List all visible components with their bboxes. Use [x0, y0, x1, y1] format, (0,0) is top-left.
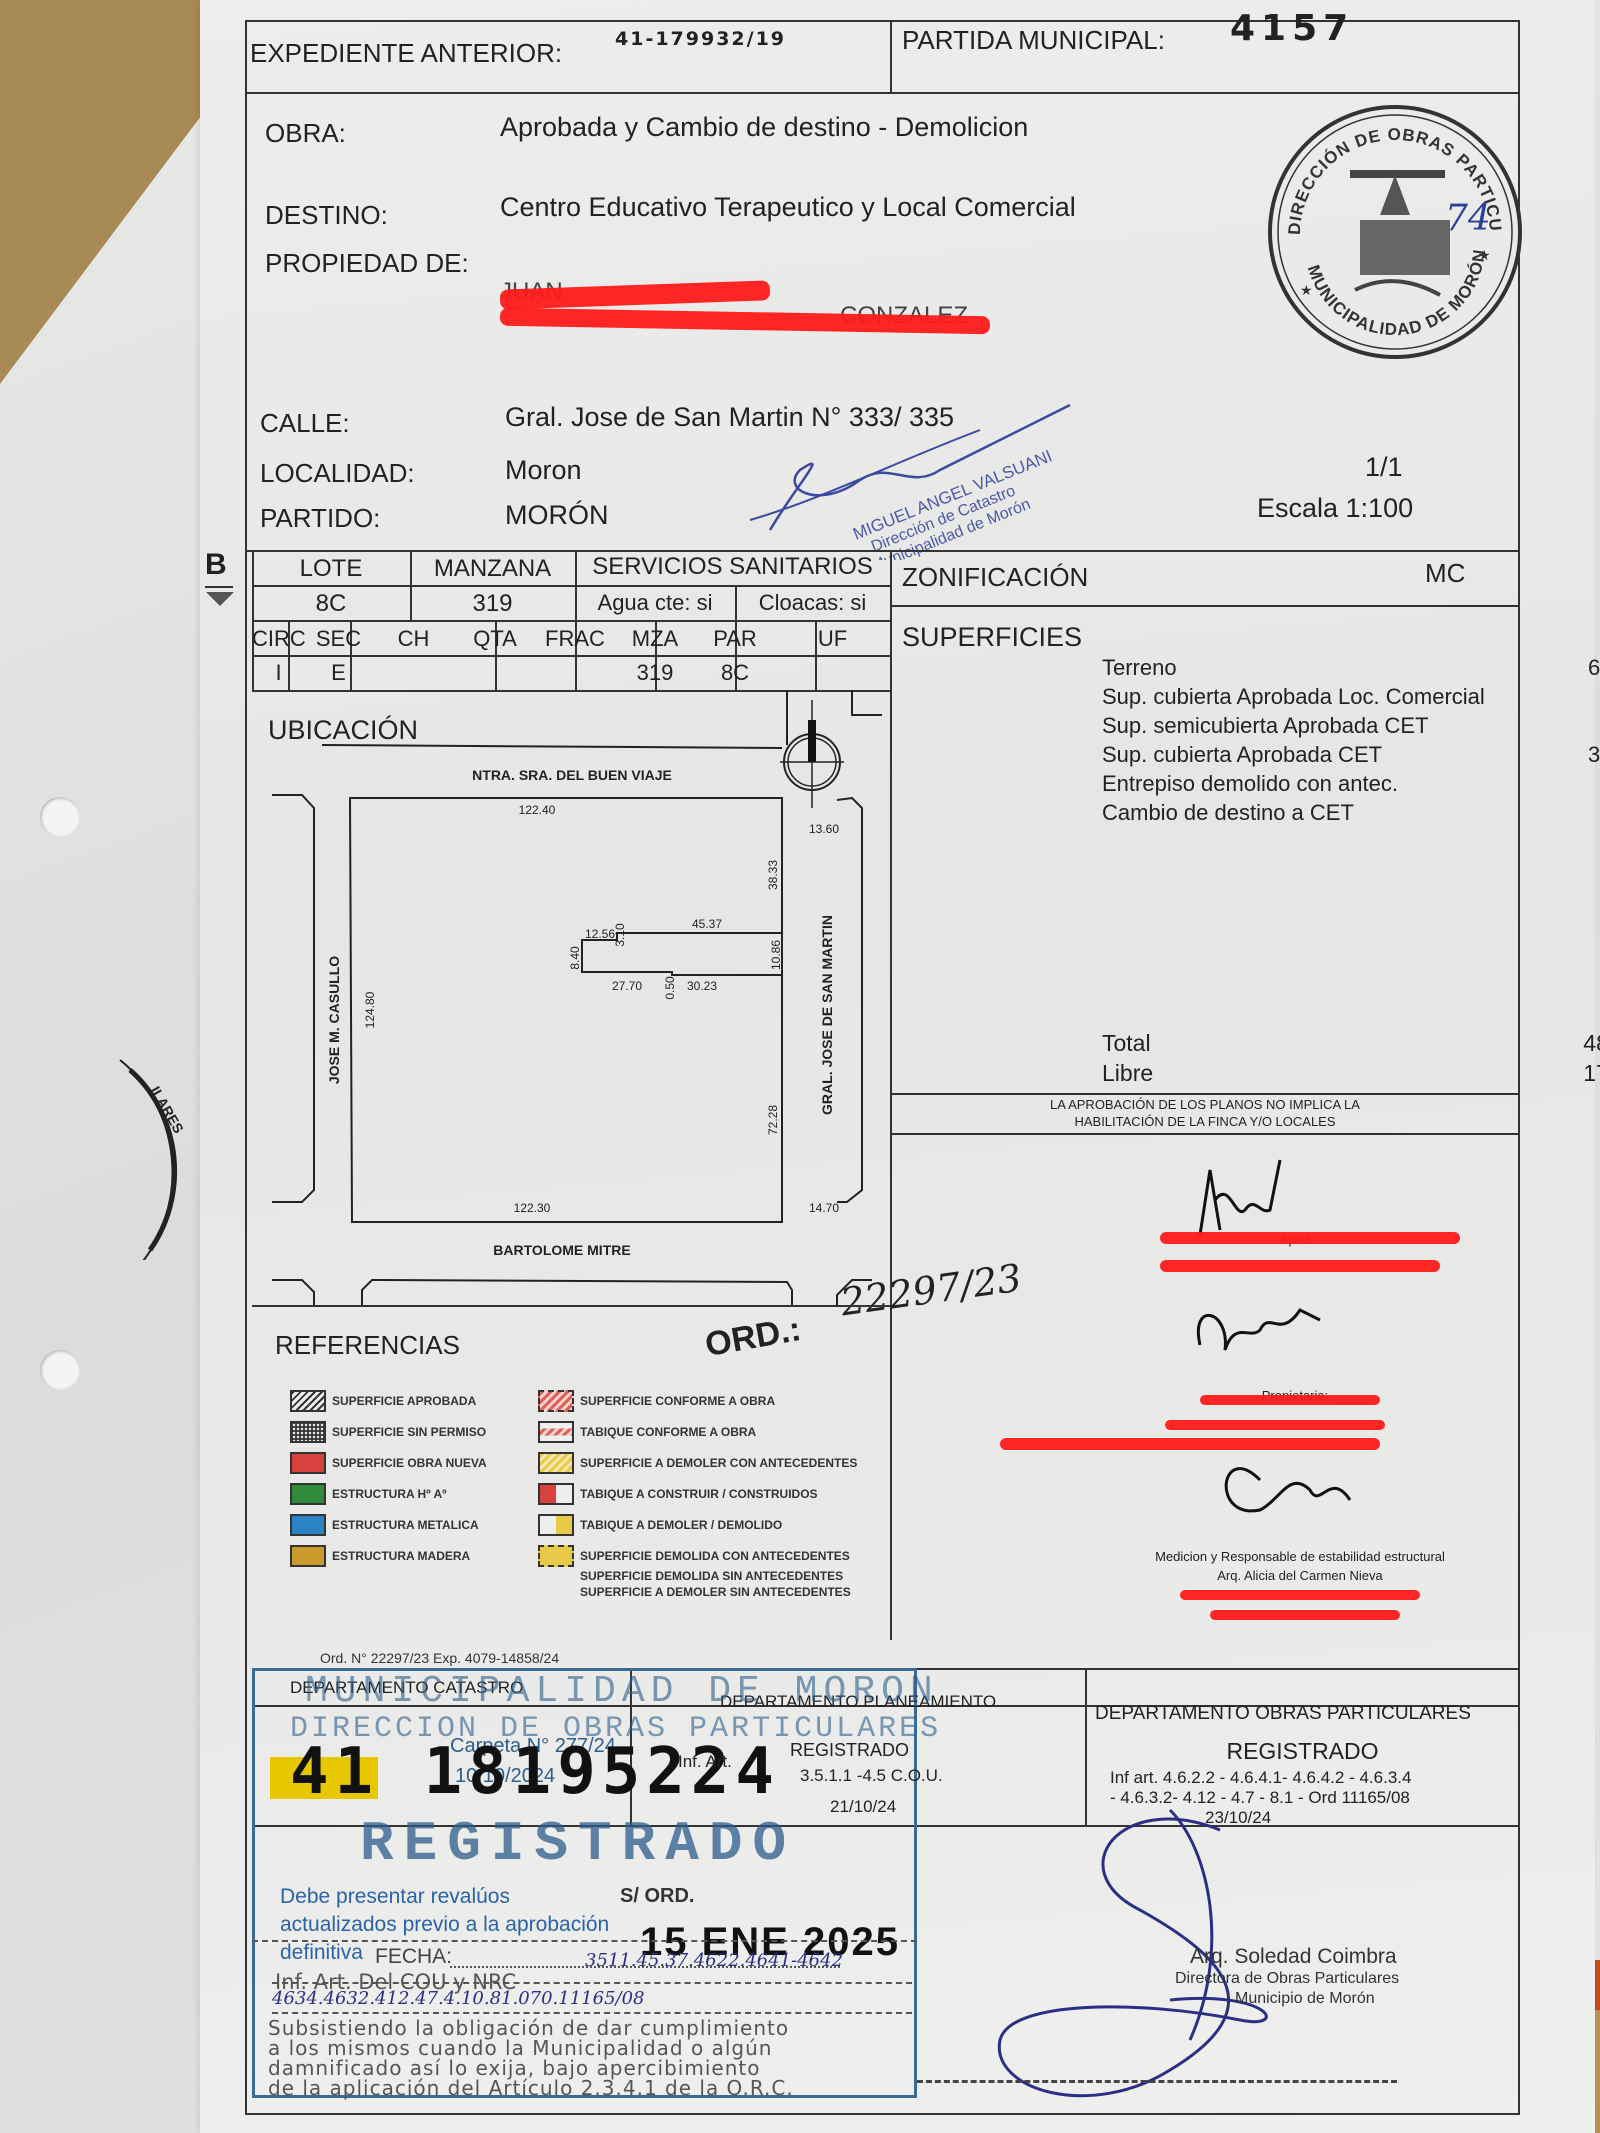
redaction-mark: [1160, 1232, 1460, 1244]
legend-item: ESTRUCTURA Hº Aº: [290, 1483, 447, 1505]
svg-text:122.30: 122.30: [514, 1201, 551, 1215]
partido-value: MORÓN: [505, 500, 609, 531]
superficie-row: Terreno607.62 m2: [1102, 655, 1600, 681]
director-signature: [970, 1750, 1390, 2130]
inf-art-handwritten-2: 4634.4632.412.47.4.10.81.070.11165/08: [272, 1988, 645, 2009]
manzana-value: 319: [410, 590, 575, 618]
legend-label: SUPERFICIE OBRA NUEVA: [332, 1456, 487, 1470]
superficie-row: Sup. cubierta Aprobada Loc. Comercial66.…: [1102, 684, 1600, 710]
redaction-mark: [1200, 1395, 1380, 1405]
superficie-label: Terreno: [1102, 655, 1177, 681]
partido-label: PARTIDO:: [260, 503, 380, 534]
svg-text:GRAL. JOSE DE SAN MARTIN: GRAL. JOSE DE SAN MARTIN: [819, 915, 835, 1115]
svg-text:8.40: 8.40: [568, 946, 582, 970]
plan-sheet: B EXPEDIENTE ANTERIOR: 41-179932/19 PART…: [200, 0, 1595, 2133]
superficie-row: Sup. cubierta Aprobada CET347.57 m2: [1102, 742, 1600, 768]
legend-item: SUPERFICIE SIN PERMISO: [290, 1421, 486, 1443]
fecha-label: FECHA:: [375, 1945, 452, 1969]
svg-text:30.23: 30.23: [687, 979, 717, 993]
legend-label: ESTRUCTURA METALICA: [332, 1518, 479, 1532]
referencias-title: REFERENCIAS: [275, 1330, 460, 1361]
svg-text:27.70: 27.70: [612, 979, 642, 993]
profesional-role: Medicion y Responsable de estabilidad es…: [1040, 1549, 1560, 1564]
svg-text:72.28: 72.28: [766, 1105, 780, 1135]
superficies-title: SUPERFICIES: [902, 622, 1082, 653]
legend-swatch-icon: [290, 1483, 326, 1505]
scale: Escala 1:100: [1257, 493, 1413, 524]
obra-label: OBRA:: [265, 118, 346, 149]
superficie-row: Cambio de destino a CET69.85 m2: [1102, 800, 1600, 826]
cloacas-value: Cloacas: si: [735, 590, 890, 616]
svg-text:★: ★: [1478, 247, 1491, 263]
svg-text:122.40: 122.40: [519, 803, 556, 817]
superficie-label: Sup. cubierta Aprobada Loc. Comercial: [1102, 684, 1485, 710]
director-org: Municipio de Morón: [1235, 1990, 1375, 2008]
partida-value: 4157: [1230, 8, 1354, 49]
planeamiento-status: REGISTRADO: [790, 1740, 909, 1761]
legend-label: TABIQUE A CONSTRUIR / CONSTRUIDOS: [580, 1487, 818, 1501]
redaction-mark: [1180, 1590, 1420, 1600]
superficie-label: Sup. cubierta Aprobada CET: [1102, 742, 1382, 768]
partida-label: PARTIDA MUNICIPAL:: [902, 25, 1165, 56]
svg-text:BARTOLOME MITRE: BARTOLOME MITRE: [493, 1242, 630, 1258]
header-frac: FRAC: [535, 626, 615, 652]
director-role: Directora de Obras Particulares: [1175, 1970, 1399, 1988]
legend-extra-line: SUPERFICIE DEMOLIDA SIN ANTECEDENTES: [580, 1569, 843, 1583]
legend-label: SUPERFICIE SIN PERMISO: [332, 1425, 486, 1439]
triangle-down-icon: [206, 592, 234, 606]
svg-text:★: ★: [1300, 282, 1313, 298]
legend-label: ESTRUCTURA Hº Aº: [332, 1487, 447, 1501]
profesional-name: Arq. Alicia del Carmen Nieva: [1040, 1568, 1560, 1583]
legend-item: ESTRUCTURA MADERA: [290, 1545, 470, 1567]
value-sec: E: [305, 660, 372, 686]
obligacion-line: de la aplicación del Artículo 2.3.4.1 de…: [268, 2076, 794, 2100]
svg-text:NTRA. SRA. DEL BUEN VIAJE: NTRA. SRA. DEL BUEN VIAJE: [472, 767, 672, 783]
legend-swatch-icon: [290, 1390, 326, 1412]
svg-text:10.86: 10.86: [769, 940, 783, 970]
calle-label: CALLE:: [260, 408, 350, 439]
legend-extra-line: SUPERFICIE A DEMOLER SIN ANTECEDENTES: [580, 1585, 851, 1599]
reavaluo-line1: Debe presentar revalúos: [280, 1885, 510, 1909]
superficie-value: 607.62 m2: [1588, 655, 1600, 681]
svg-text:JOSE M. CASULLO: JOSE M. CASULLO: [326, 956, 342, 1084]
legend-item: SUPERFICIE A DEMOLER CON ANTECEDENTES: [538, 1452, 857, 1474]
catastro-signature-stamp: MIGUEL ANGEL VALSUANI Dirección de Catas…: [740, 400, 1080, 560]
header-mza: MZA: [615, 626, 695, 652]
value-par: 8C: [695, 660, 775, 686]
redaction-mark: [1165, 1420, 1385, 1430]
svg-text:3.10: 3.10: [613, 923, 627, 947]
legend-item: SUPERFICIE CONFORME A OBRA: [538, 1390, 775, 1412]
legend-swatch-icon: [290, 1514, 326, 1536]
superficie-libre: Libre173.65 m2: [1102, 1060, 1600, 1087]
muni-stamp-line1: MUNICIPALIDAD DE MORON: [305, 1670, 939, 1713]
destino-label: DESTINO:: [265, 200, 388, 231]
registration-number: 41 18195224: [290, 1735, 780, 1809]
obra-value: Aprobada y Cambio de destino - Demolicio…: [500, 112, 1028, 143]
legend-label: TABIQUE A DEMOLER / DEMOLIDO: [580, 1518, 782, 1532]
legend-item: TABIQUE A DEMOLER / DEMOLIDO: [538, 1514, 782, 1536]
superficie-row: Sup. semicubierta Aprobada CET4.82 m2: [1102, 713, 1600, 739]
redaction-mark: [1160, 1260, 1440, 1272]
disclaimer-line-2: HABILITACIÓN DE LA FINCA Y/O LOCALES: [890, 1114, 1520, 1129]
legend-label: SUPERFICIE APROBADA: [332, 1394, 476, 1408]
legend-item: TABIQUE A CONSTRUIR / CONSTRUIDOS: [538, 1483, 818, 1505]
legend-item: SUPERFICIE OBRA NUEVA: [290, 1452, 487, 1474]
agua-value: Agua cte: si: [575, 590, 735, 616]
planeamiento-articles: 3.5.1.1 -4.5 C.O.U.: [800, 1766, 943, 1786]
svg-text:74: 74: [1445, 198, 1491, 239]
expediente-value: 41-179932/19: [615, 28, 786, 50]
legend-item: SUPERFICIE APROBADA: [290, 1390, 476, 1412]
superficie-label: Entrepiso demolido con antec.: [1102, 771, 1398, 797]
zonificacion-value: MC: [1425, 558, 1465, 589]
svg-text:13.60: 13.60: [809, 822, 839, 836]
inf-art-handwritten-1: 3511.45.37.4622.4641-4642: [585, 1950, 843, 1971]
director-name: Arq. Soledad Coimbra: [1190, 1945, 1397, 1969]
superficie-label: Sup. semicubierta Aprobada CET: [1102, 713, 1429, 739]
legend-swatch-icon: [538, 1452, 574, 1474]
header-circ: CIRC: [252, 626, 305, 652]
value-circ: I: [252, 660, 305, 686]
legend-label: SUPERFICIE CONFORME A OBRA: [580, 1394, 775, 1408]
legend-label: SUPERFICIE DEMOLIDA CON ANTECEDENTES: [580, 1549, 850, 1563]
header-uf: UF: [775, 626, 890, 652]
superficie-value: 347.57 m2: [1588, 742, 1600, 768]
value-mza: 319: [615, 660, 695, 686]
planeamiento-inf: Inf. Art.: [678, 1752, 732, 1772]
lote-value: 8C: [252, 590, 410, 618]
svg-text:38.33: 38.33: [766, 860, 780, 890]
destino-value: Centro Educativo Terapeutico y Local Com…: [500, 192, 1076, 223]
svg-text:12.56: 12.56: [585, 927, 615, 941]
section-marker: B: [205, 548, 227, 582]
legend-item: ESTRUCTURA METALICA: [290, 1514, 479, 1536]
svg-text:0.50: 0.50: [663, 976, 677, 1000]
legend-swatch-icon: [538, 1545, 574, 1567]
legend-swatch-icon: [538, 1390, 574, 1412]
sheet-number: 1/1: [1365, 452, 1403, 483]
redaction-mark: [1000, 1438, 1380, 1450]
disclaimer-line-1: LA APROBACIÓN DE LOS PLANOS NO IMPLICA L…: [890, 1097, 1520, 1112]
legend-swatch-icon: [538, 1514, 574, 1536]
header-ch: CH: [372, 626, 455, 652]
svg-text:124.80: 124.80: [363, 991, 377, 1028]
redaction-mark: [1210, 1610, 1400, 1620]
svg-text:14.70: 14.70: [809, 1201, 839, 1215]
propiedad-label: PROPIEDAD DE:: [265, 248, 469, 279]
legend-label: TABIQUE CONFORME A OBRA: [580, 1425, 756, 1439]
legend-swatch-icon: [290, 1421, 326, 1443]
legend-item: TABIQUE CONFORME A OBRA: [538, 1421, 756, 1443]
punch-hole: [40, 797, 80, 837]
expediente-label: EXPEDIENTE ANTERIOR:: [250, 38, 562, 69]
planeamiento-date: 21/10/24: [830, 1797, 896, 1817]
header-qta: QTA: [455, 626, 535, 652]
svg-text:45.37: 45.37: [692, 917, 722, 931]
legend-swatch-icon: [538, 1483, 574, 1505]
header-lote: LOTE: [252, 555, 410, 583]
reavaluo-line3: definitiva: [280, 1941, 363, 1965]
punch-hole: [40, 1350, 80, 1390]
header-sec: SEC: [305, 626, 372, 652]
section-marker-line: [205, 586, 233, 588]
legend-swatch-icon: [290, 1545, 326, 1567]
registrado-stamp: REGISTRADO: [360, 1812, 796, 1876]
legend-swatch-icon: [290, 1452, 326, 1474]
localidad-value: Moron: [505, 455, 582, 486]
legend-label: ESTRUCTURA MADERA: [332, 1549, 470, 1563]
legend-label: SUPERFICIE A DEMOLER CON ANTECEDENTES: [580, 1456, 857, 1470]
superficie-total: Total488.25 m2: [1102, 1030, 1600, 1057]
localidad-label: LOCALIDAD:: [260, 458, 415, 489]
location-map: NTRA. SRA. DEL BUEN VIAJEBARTOLOME MITRE…: [252, 690, 890, 1305]
ord-exp-stamp: Ord. N° 22297/23 Exp. 4079-14858/24: [320, 1650, 559, 1666]
zonificacion-label: ZONIFICACIÓN: [902, 562, 1088, 593]
dept-obras: DEPARTAMENTO OBRAS PARTICULARES: [1095, 1703, 1471, 1725]
legend-item: SUPERFICIE DEMOLIDA CON ANTECEDENTES: [538, 1545, 850, 1567]
municipal-seal: DIRECCIÓN DE OBRAS PARTICULARES MUNICIPA…: [1260, 95, 1530, 365]
header-servicios: SERVICIOS SANITARIOS: [575, 553, 890, 581]
legend-swatch-icon: [538, 1421, 574, 1443]
superficie-row: Entrepiso demolido con antec.64.30 m2: [1102, 771, 1600, 797]
header-par: PAR: [695, 626, 775, 652]
sd-ord: S/ ORD.: [620, 1885, 694, 1908]
header-manzana: MANZANA: [410, 555, 575, 583]
superficie-label: Cambio de destino a CET: [1102, 800, 1354, 826]
reavaluo-line2: actualizados previo a la aprobación: [280, 1913, 609, 1937]
